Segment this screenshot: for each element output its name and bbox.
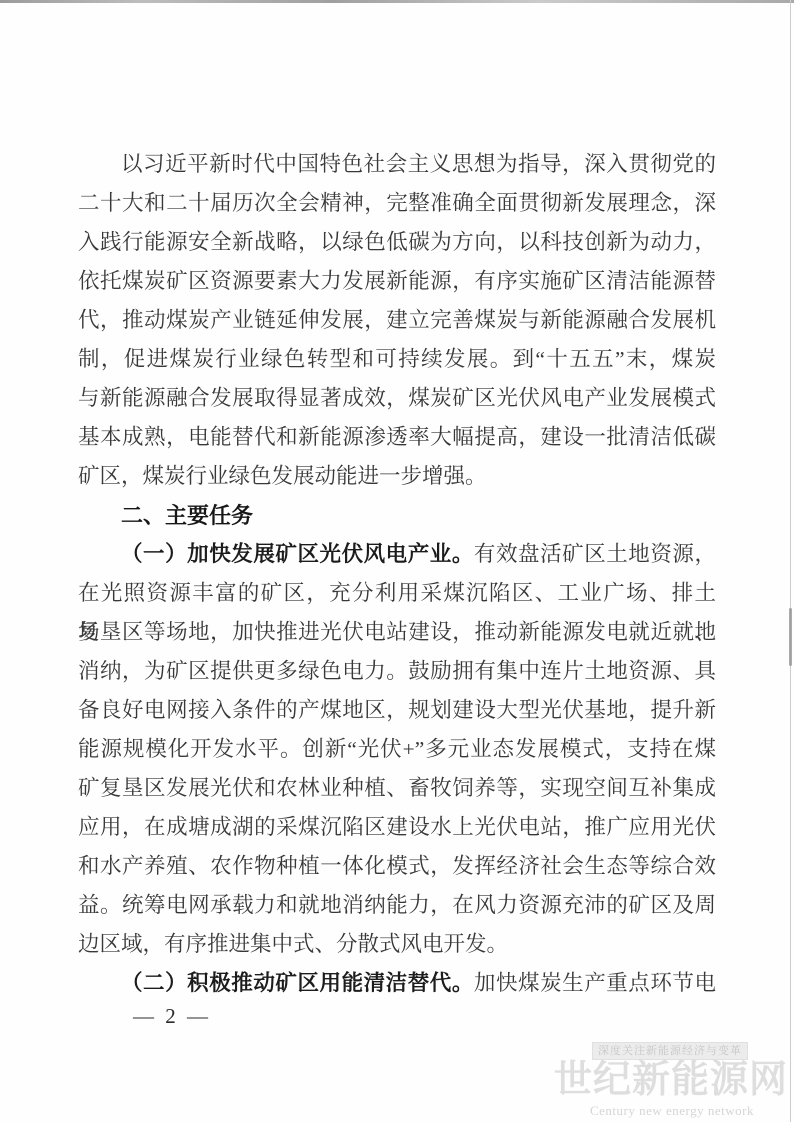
body-line: 依托煤炭矿区资源要素大力发展新能源，有序实施矿区清洁能源替	[78, 262, 716, 301]
body-line: 复垦区等场地，加快推进光伏电站建设，推动新能源发电就近就地	[78, 613, 716, 652]
body-line: 制，促进煤炭行业绿色转型和可持续发展。到“十五五”末，煤炭	[78, 340, 716, 379]
document-body: 以习近平新时代中国特色社会主义思想为指导，深入贯彻党的 二十大和二十届历次全会精…	[78, 145, 716, 1003]
body-line: 能源规模化开发水平。创新“光伏+”多元业态发展模式，支持在煤	[78, 730, 716, 769]
scan-edge-top-line	[0, 0, 794, 3]
body-line: （二）积极推动矿区用能清洁替代。加快煤炭生产重点环节电	[78, 964, 716, 1003]
page-number: — 2 —	[133, 1004, 211, 1029]
body-line: 以习近平新时代中国特色社会主义思想为指导，深入贯彻党的	[78, 145, 716, 184]
body-line: 益。统筹电网承载力和就地消纳能力，在风力资源充沛的矿区及周	[78, 886, 716, 925]
body-line: 二十大和二十届历次全会精神，完整准确全面贯彻新发展理念，深	[78, 184, 716, 223]
body-line: 备良好电网接入条件的产煤地区，规划建设大型光伏基地，提升新	[78, 691, 716, 730]
body-line: 矿复垦区发展光伏和农林业种植、畜牧饲养等，实现空间互补集成	[78, 769, 716, 808]
watermark-title: 世纪新能源网	[554, 1058, 788, 1102]
body-line: （一）加快发展矿区光伏风电产业。有效盘活矿区土地资源，	[78, 535, 716, 574]
watermark-subtitle: Century new energy network	[590, 1103, 754, 1119]
item-two-lead: （二）积极推动矿区用能清洁替代。	[121, 971, 474, 995]
document-page: 以习近平新时代中国特色社会主义思想为指导，深入贯彻党的 二十大和二十届历次全会精…	[0, 0, 794, 1122]
body-line-text: 加快煤炭生产重点环节电	[474, 971, 716, 995]
body-line: 和水产养殖、农作物种植一体化模式，发挥经济社会生态等综合效	[78, 847, 716, 886]
body-line: 应用，在成塘成湖的采煤沉陷区建设水上光伏电站，推广应用光伏	[78, 808, 716, 847]
body-line: 与新能源融合发展取得显著成效，煤炭矿区光伏风电产业发展模式	[78, 379, 716, 418]
body-line: 入践行能源安全新战略，以绿色低碳为方向，以科技创新为动力，	[78, 223, 716, 262]
scan-smudge	[789, 608, 792, 666]
item-one-lead: （一）加快发展矿区光伏风电产业。	[121, 542, 474, 566]
body-line: 在光照资源丰富的矿区，充分利用采煤沉陷区、工业广场、排土场、	[78, 574, 716, 613]
section-heading: 二、主要任务	[78, 496, 716, 535]
body-line: 矿区，煤炭行业绿色发展动能进一步增强。	[78, 457, 716, 496]
body-line: 边区域，有序推进集中式、分散式风电开发。	[78, 925, 716, 964]
body-line: 代，推动煤炭产业链延伸发展，建立完善煤炭与新能源融合发展机	[78, 301, 716, 340]
body-line: 消纳，为矿区提供更多绿色电力。鼓励拥有集中连片土地资源、具	[78, 652, 716, 691]
body-line: 基本成熟，电能替代和新能源渗透率大幅提高，建设一批清洁低碳	[78, 418, 716, 457]
body-line-text: 有效盘活矿区土地资源，	[474, 542, 716, 566]
scan-edge-right-line	[790, 0, 791, 1122]
